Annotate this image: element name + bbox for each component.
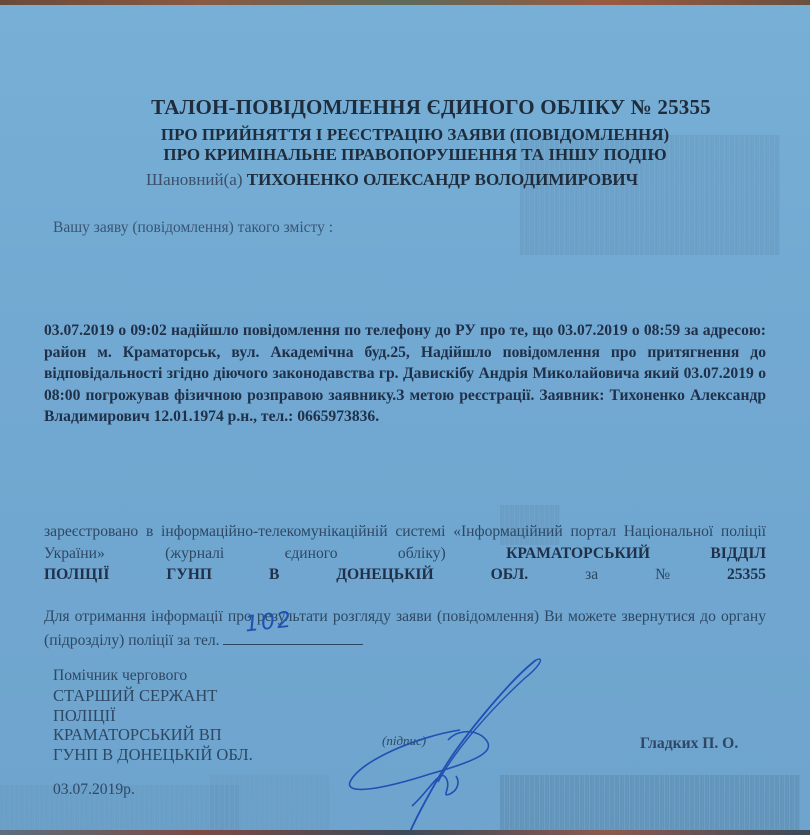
document-subtitle-1: ПРО ПРИЙНЯТТЯ І РЕЄСТРАЦІЮ ЗАЯВИ (ПОВІДО…	[10, 125, 810, 145]
registration-line-3: ПОЛІЦІЇ ГУНП В ДОНЕЦЬКІЙ ОБЛ. за № 25355	[44, 564, 766, 586]
photo-bottom-edge	[0, 830, 810, 835]
signer-unit-2: ГУНП В ДОНЕЦЬКІЙ ОБЛ.	[53, 745, 253, 765]
document-subtitle-2: ПРО КРИМІНАЛЬНЕ ПРАВОПОРУШЕННЯ ТА ІНШУ П…	[10, 145, 810, 165]
handwritten-signature-icon	[340, 650, 570, 835]
addressee: Шановний(а) ТИХОНЕНКО ОЛЕКСАНДР ВОЛОДИМИ…	[146, 170, 638, 190]
document-page: ТАЛОН-ПОВІДОМЛЕННЯ ЄДИНОГО ОБЛІКУ № 2535…	[0, 5, 810, 830]
za-word: за	[585, 564, 598, 586]
registration-section: зареєстровано в інформаційно-телекомунік…	[44, 521, 766, 586]
signer-rank-1: СТАРШИЙ СЕРЖАНТ	[53, 686, 253, 706]
signer-name: Гладких П. О.	[640, 735, 738, 753]
phone-handwritten: 102	[244, 609, 294, 635]
phone-field: 102	[223, 628, 363, 645]
dept-word: ОБЛ.	[491, 564, 529, 586]
number-sign: №	[655, 564, 670, 586]
scan-noise	[210, 775, 330, 835]
info-text: Для отримання інформації про результати …	[44, 608, 766, 649]
dept-word: В	[269, 564, 279, 586]
registration-number: 25355	[727, 564, 766, 586]
document-date: 03.07.2019р.	[53, 781, 135, 799]
signer-block: Помічник чергового СТАРШИЙ СЕРЖАНТ ПОЛІЦ…	[53, 666, 253, 765]
department-name: КРАМАТОРСЬКИЙ ВІДДІЛ	[506, 545, 766, 562]
info-section: Для отримання інформації про результати …	[44, 606, 766, 651]
document-title: ТАЛОН-ПОВІДОМЛЕННЯ ЄДИНОГО ОБЛІКУ № 2535…	[26, 95, 810, 120]
signer-unit-1: КРАМАТОРСЬКИЙ ВП	[53, 725, 253, 745]
dept-word: ДОНЕЦЬКІЙ	[336, 564, 433, 586]
signer-rank-2: ПОЛІЦІЇ	[53, 706, 253, 726]
salutation: Шановний(а)	[146, 170, 242, 189]
dept-word: ПОЛІЦІЇ	[44, 564, 109, 586]
dept-word: ГУНП	[166, 564, 212, 586]
signer-position: Помічник чергового	[53, 666, 253, 686]
addressee-name: ТИХОНЕНКО ОЛЕКСАНДР ВОЛОДИМИРОВИЧ	[247, 170, 638, 189]
intro-text: Вашу заяву (повідомлення) такого змісту …	[53, 219, 333, 237]
statement-text: 03.07.2019 о 09:02 надійшло повідомлення…	[44, 320, 766, 428]
